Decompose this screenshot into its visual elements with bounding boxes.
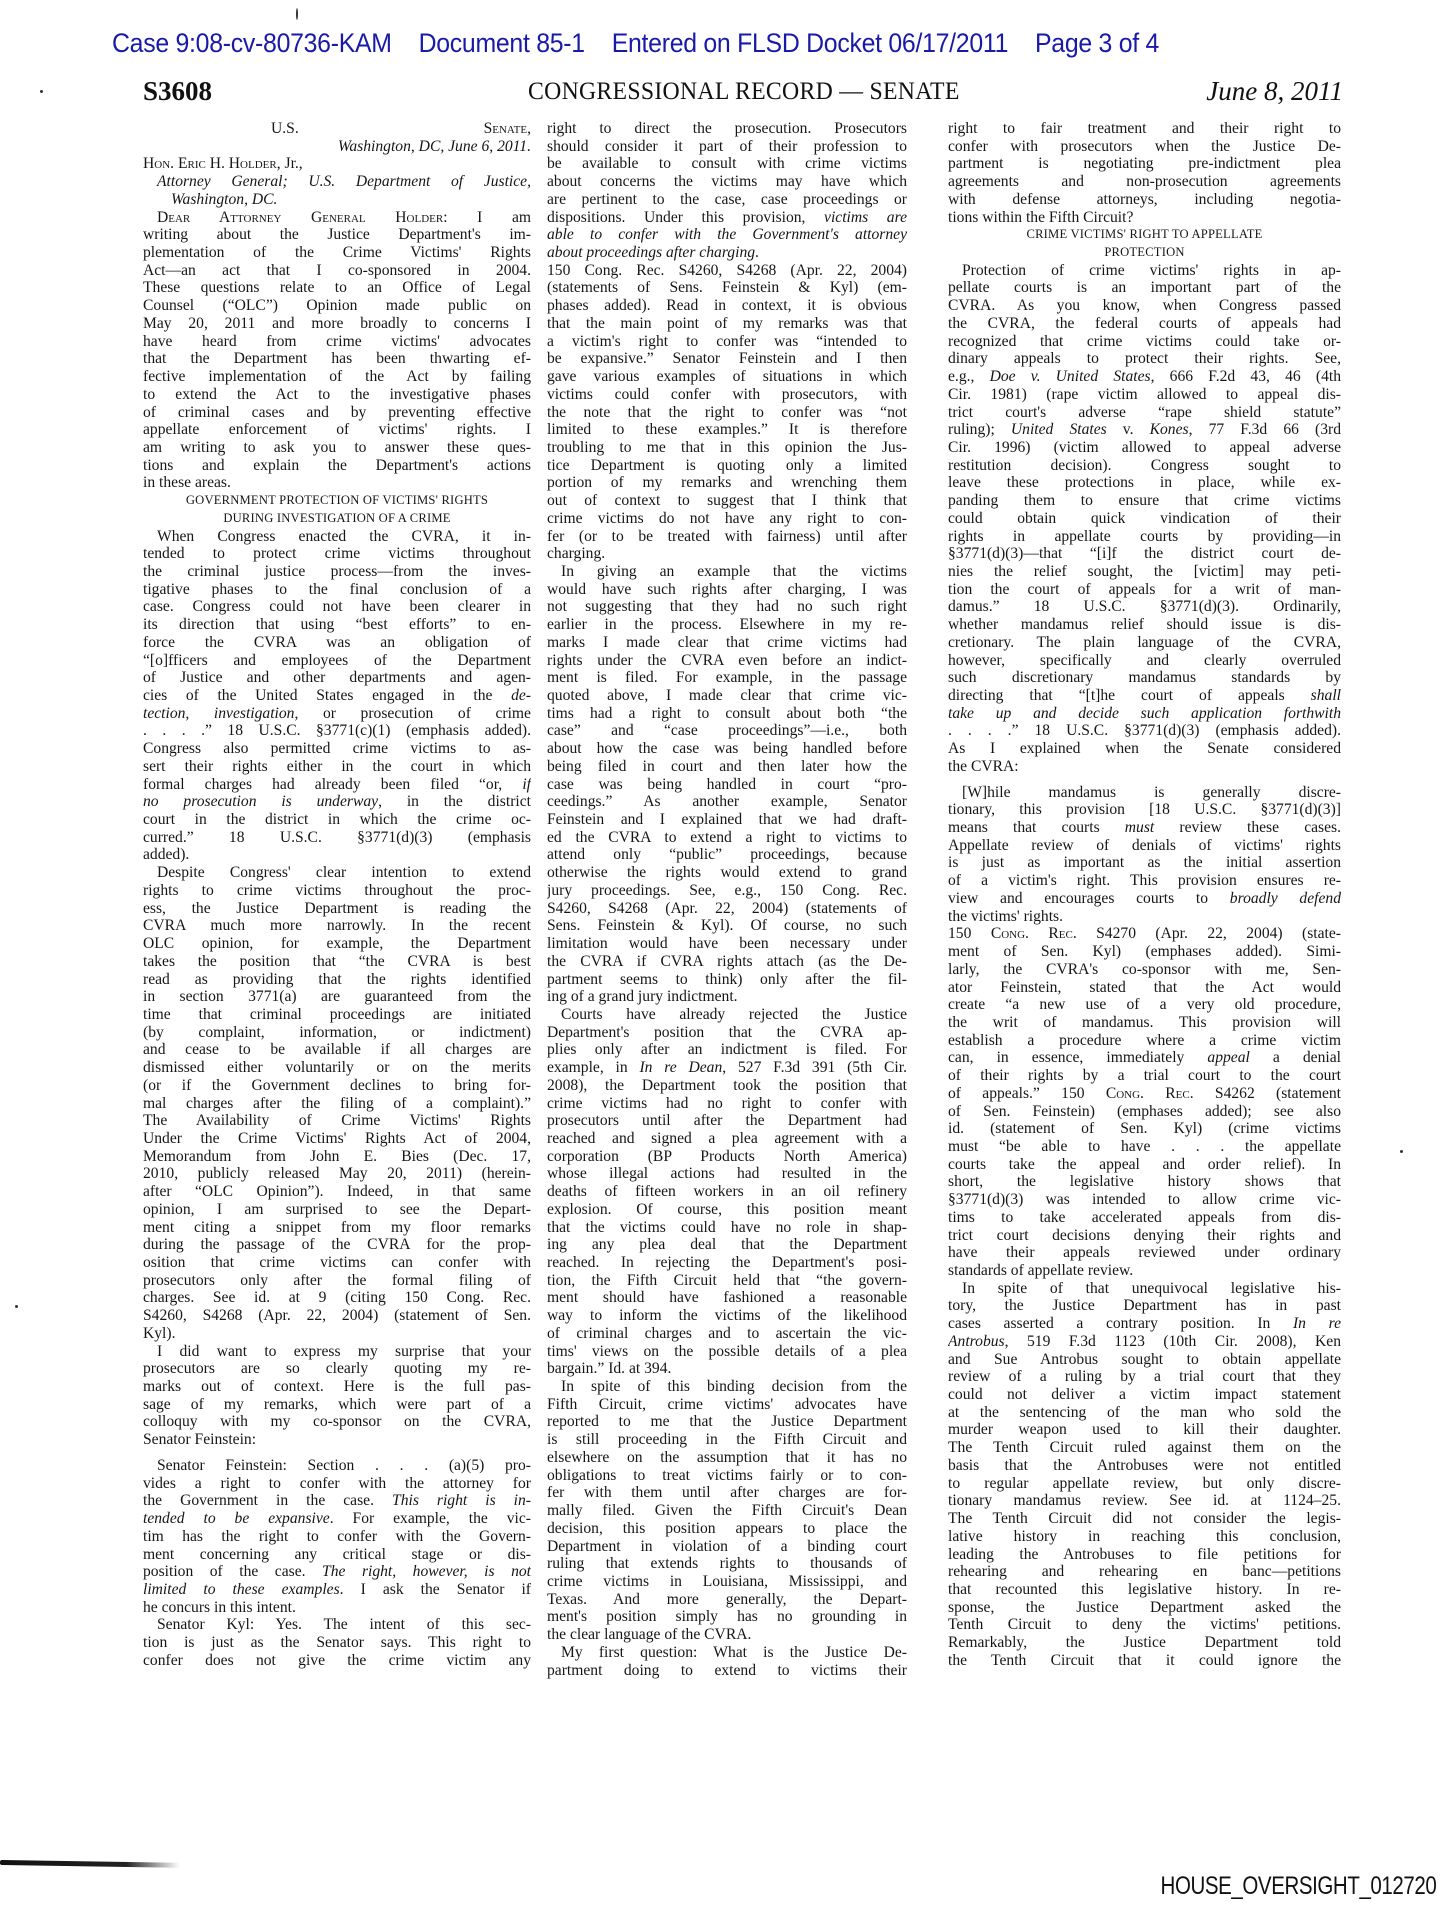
column-left: U.S. Senate,Washington, DC, June 6, 2011… (143, 120, 531, 1670)
case-number: Case 9:08-cv-80736-KAM (112, 28, 392, 58)
text-line: the clear language of the CVRA. (547, 1626, 907, 1644)
text-line: crime victims in Louisiana, Mississippi,… (547, 1573, 907, 1591)
text-line: ment is filed. For example, in the passa… (547, 669, 907, 687)
text-line: position of the case. The right, however… (143, 1563, 531, 1581)
text-line: rights under the CVRA even before an ind… (547, 652, 907, 670)
text-line: force the CVRA was an obligation of (143, 634, 531, 652)
text-line: view and encourages courts to broadly de… (948, 890, 1341, 908)
text-line: Appellate review of denials of victims' … (948, 837, 1341, 855)
text-line: troubling to me that in this opinion the… (547, 439, 907, 457)
text-line: tended to be expansive. For example, the… (143, 1510, 531, 1528)
text-line: larly, the CVRA's co-sponsor with me, Se… (948, 961, 1341, 979)
text-line: can, in essence, immediately appeal a de… (948, 1049, 1341, 1067)
text-line: confer with prosecutors when the Justice… (948, 138, 1341, 156)
text-line: the note that the right to confer was “n… (547, 404, 907, 422)
text-line: writing about the Justice Department's i… (143, 226, 531, 244)
text-line: agreements and non-prosecution agreement… (948, 173, 1341, 191)
text-line: (by complaint, information, or indictmen… (143, 1024, 531, 1042)
text-line: ator Feinstein, stated that the Act woul… (948, 979, 1341, 997)
text-line: Senator Feinstein: (143, 1431, 531, 1449)
text-line: ment of Sen. Kyl) (emphases added). Simi… (948, 943, 1341, 961)
text-line: damus.” 18 U.S.C. §3771(d)(3). Ordinaril… (948, 598, 1341, 616)
text-line: tims' views on the possible details of a… (547, 1343, 907, 1361)
text-line: The Tenth Circuit did not consider the l… (948, 1510, 1341, 1528)
text-line: bargain.” Id. at 394. (547, 1360, 907, 1378)
text-line: is just as important as the initial asse… (948, 854, 1341, 872)
running-head: S3608 CONGRESSIONAL RECORD — SENATE June… (143, 76, 1343, 110)
text-line: U.S. Senate, (143, 120, 531, 138)
text-line: OLC opinion, for example, the Department (143, 935, 531, 953)
text-line: crime victims do not have any right to c… (547, 510, 907, 528)
text-line: leading the Antrobuses to file petitions… (948, 1546, 1341, 1564)
text-line: are pertinent to the case, case proceedi… (547, 191, 907, 209)
text-line: case. Congress could not have been clear… (143, 598, 531, 616)
text-line: Department in violation of a binding cou… (547, 1538, 907, 1556)
text-line: curred.” 18 U.S.C. §3771(d)(3) (emphasis (143, 829, 531, 847)
column-right: right to fair treatment and their right … (948, 120, 1341, 1670)
text-line: (or if the Government declines to bring … (143, 1077, 531, 1095)
text-line: phases added). Read in context, it is ob… (547, 297, 907, 315)
text-line: whose illegal actions had resulted in th… (547, 1165, 907, 1183)
text-line: should consider it part of their profess… (547, 138, 907, 156)
column-middle: right to direct the prosecution. Prosecu… (547, 120, 907, 1679)
text-line: panding them to ensure that crime victim… (948, 492, 1341, 510)
text-line: must “be able to have . . . the appellat… (948, 1138, 1341, 1156)
text-line: quoted above, I made clear that crime vi… (547, 687, 907, 705)
text-line: review of a ruling by a trial court that… (948, 1368, 1341, 1386)
text-line (143, 1449, 531, 1457)
text-line: the writ of mandamus. This provision wil… (948, 1014, 1341, 1032)
text-line: . . . .” 18 U.S.C. §3771(c)(1) (emphasis… (143, 722, 531, 740)
text-line: example, in In re Dean, 527 F.3d 391 (5t… (547, 1059, 907, 1077)
bates-number: HOUSE_OVERSIGHT_012720 (1160, 1872, 1436, 1901)
text-line: ruling that extends rights to thousands … (547, 1555, 907, 1573)
text-line: id. (statement of Sen. Kyl) (crime victi… (948, 1120, 1341, 1138)
text-line: create “a new use of a very old procedur… (948, 996, 1341, 1014)
text-line: corporation (BP Products North America) (547, 1148, 907, 1166)
text-line: would have such rights after charging, I… (547, 581, 907, 599)
text-line: its direction that using “best efforts” … (143, 616, 531, 634)
text-line: could obtain quick vindication of their (948, 510, 1341, 528)
text-line: GOVERNMENT PROTECTION OF VICTIMS' RIGHTS (143, 492, 531, 510)
text-line: marks I made clear that crime victims ha… (547, 634, 907, 652)
text-line: Feinstein and I explained that we had dr… (547, 811, 907, 829)
text-line: case” and “case proceedings”—i.e., both (547, 722, 907, 740)
scan-speck (1400, 1150, 1403, 1153)
text-line: out of context to suggest that I think t… (547, 492, 907, 510)
text-line: May 20, 2011 and more broadly to concern… (143, 315, 531, 333)
text-line: of appeals.” 150 Cong. Rec. S4262 (state… (948, 1085, 1341, 1103)
text-line: Kyl). (143, 1325, 531, 1343)
text-line: standards of appellate review. (948, 1262, 1341, 1280)
text-line: tions and explain the Department's actio… (143, 457, 531, 475)
text-line: Attorney General; U.S. Department of Jus… (143, 173, 531, 191)
text-line: jury proceedings. See, e.g., 150 Cong. R… (547, 882, 907, 900)
text-line: reached. In rejecting the Department's p… (547, 1254, 907, 1272)
text-line (948, 776, 1341, 784)
text-line: colloquy with my co-sponsor on the CVRA, (143, 1413, 531, 1431)
text-line: lative history in reaching this conclusi… (948, 1528, 1341, 1546)
text-line: a victim's right to confer was “intended… (547, 333, 907, 351)
text-line: he concurs in this intent. (143, 1599, 531, 1617)
text-line: vides a right to confer with the attorne… (143, 1475, 531, 1493)
text-line: S4260, S4268 (Apr. 22, 2004) (statements… (547, 900, 907, 918)
text-line: §3771(d)(3) was intended to allow crime … (948, 1191, 1341, 1209)
text-line: that the main point of my remarks was th… (547, 315, 907, 333)
text-line: leave these protections in place, while … (948, 474, 1341, 492)
text-line: tection, investigation, or prosecution o… (143, 705, 531, 723)
text-line: Fifth Circuit, crime victims' advocates … (547, 1396, 907, 1414)
text-line: Hon. Eric H. Holder, Jr., (143, 155, 531, 173)
text-line: rehearing and rehearing en banc—petition… (948, 1563, 1341, 1581)
text-line: cases asserted a contrary position. In I… (948, 1315, 1341, 1333)
scan-speck (15, 1305, 18, 1308)
text-line: of criminal charges and to ascertain the… (547, 1325, 907, 1343)
text-line: DURING INVESTIGATION OF A CRIME (143, 510, 531, 528)
text-line: the Government in the case. This right i… (143, 1492, 531, 1510)
text-line: tion is just as the Senator says. This r… (143, 1634, 531, 1652)
text-line: plies only after an indictment is filed.… (547, 1041, 907, 1059)
text-line: ment's position simply has no grounding … (547, 1608, 907, 1626)
text-line: am writing to ask you to answer these qu… (143, 439, 531, 457)
text-line: gave various examples of situations in w… (547, 368, 907, 386)
text-line: victims could confer with prosecutors, w… (547, 386, 907, 404)
text-line: that recounted this legislative history.… (948, 1581, 1341, 1599)
text-line: In spite of this binding decision from t… (547, 1378, 907, 1396)
text-line: Cir. 1996) (victim allowed to appeal adv… (948, 439, 1341, 457)
scan-speck (40, 90, 43, 93)
text-line: trict court's adverse “rape shield statu… (948, 404, 1341, 422)
text-line: in section 3771(a) are guaranteed from t… (143, 988, 531, 1006)
text-line: ruling); United States v. Kones, 77 F.3d… (948, 421, 1341, 439)
text-line: osition that crime victims can confer wi… (143, 1254, 531, 1272)
journal-title: CONGRESSIONAL RECORD — SENATE (528, 78, 960, 106)
text-line: Protection of crime victims' rights in a… (948, 262, 1341, 280)
text-line: marks out of context. Here is the full p… (143, 1378, 531, 1396)
text-line: tionary, this provision [18 U.S.C. §3771… (948, 801, 1341, 819)
text-line: of Sen. Feinstein) (emphases added); see… (948, 1103, 1341, 1121)
text-line: takes the position that “the CVRA is bes… (143, 953, 531, 971)
text-line: to extend the Act to the investigative p… (143, 386, 531, 404)
text-line: Texas. And more generally, the Depart- (547, 1591, 907, 1609)
text-line: ing of a grand jury indictment. (547, 988, 907, 1006)
text-line: murder weapon used to kill their daughte… (948, 1421, 1341, 1439)
text-line: tigative phases to the final conclusion … (143, 581, 531, 599)
text-line: sert their rights either in the court in… (143, 758, 531, 776)
text-line: tion the court of appeals for a writ of … (948, 581, 1341, 599)
text-line: the CVRA if CVRA rights attach (as the D… (547, 953, 907, 971)
text-line: elsewhere on the assumption that it has … (547, 1449, 907, 1467)
text-line: have heard from crime victims' advocates (143, 333, 531, 351)
text-line: limitation would have been necessary und… (547, 935, 907, 953)
text-line: about proceedings after charging. (547, 244, 907, 262)
court-filing-stamp: Case 9:08-cv-80736-KAM Document 85-1 Ent… (112, 28, 1253, 59)
text-line: Congress also permitted crime victims to… (143, 740, 531, 758)
text-line: S4260, S4268 (Apr. 22, 2004) (statement … (143, 1307, 531, 1325)
text-line: that the Department has been thwarting e… (143, 350, 531, 368)
text-line: nies the relief sought, the [victim] may… (948, 563, 1341, 581)
text-line: tory, the Justice Department has in past (948, 1297, 1341, 1315)
text-line: the Tenth Circuit that it could ignore t… (948, 1652, 1341, 1670)
text-line: during the passage of the CVRA for the p… (143, 1236, 531, 1254)
text-line: of Justice and other departments and age… (143, 669, 531, 687)
text-line: limited to these examples. I ask the Sen… (143, 1581, 531, 1599)
text-line: ess, the Justice Department is reading t… (143, 900, 531, 918)
text-line: is still proceeding in the Fifth Circuit… (547, 1431, 907, 1449)
text-line: recognized that crime victims could take… (948, 333, 1341, 351)
text-line: limited to these examples.” It is theref… (547, 421, 907, 439)
text-line: 2008), the Department took the position … (547, 1077, 907, 1095)
text-line: ing any plea deal that the Department (547, 1236, 907, 1254)
text-line: partment is negotiating pre-indictment p… (948, 155, 1341, 173)
text-line: case was being handled in court “pro- (547, 776, 907, 794)
text-line: not suggesting that they had no such rig… (547, 598, 907, 616)
text-line: cies of the United States engaged in the… (143, 687, 531, 705)
text-line: decision, this position appears to place… (547, 1520, 907, 1538)
text-line: could not deliver a victim impact statem… (948, 1386, 1341, 1404)
text-line: Washington, DC. (143, 191, 531, 209)
text-line: Act—an act that I co-sponsored in 2004. (143, 262, 531, 280)
text-line: prosecutors are so clearly quoting my re… (143, 1360, 531, 1378)
text-line: whether mandamus relief should issue is … (948, 616, 1341, 634)
scan-artifact-line (0, 1860, 180, 1868)
text-line: ceedings.” As another example, Senator (547, 793, 907, 811)
text-line: the CVRA: (948, 758, 1341, 776)
text-line: plementation of the Crime Victims' Right… (143, 244, 531, 262)
text-line: tice Department is quoting only a limite… (547, 457, 907, 475)
text-line: charging. (547, 545, 907, 563)
text-line: about concerns the victims may have whic… (547, 173, 907, 191)
text-line: tions within the Fifth Circuit? (948, 209, 1341, 227)
document-number: Document 85-1 (419, 28, 585, 58)
text-line: ment citing a snippet from my floor rema… (143, 1219, 531, 1237)
text-line: §3771(d)(3)—that “[i]f the district cour… (948, 545, 1341, 563)
text-line: Senator Kyl: Yes. The intent of this sec… (143, 1616, 531, 1634)
text-line: CVRA much more narrowly. In the recent (143, 917, 531, 935)
text-line: 150 Cong. Rec. S4270 (Apr. 22, 2004) (st… (948, 925, 1341, 943)
text-line: reported to me that the Justice Departme… (547, 1413, 907, 1431)
text-line: obligations to treat victims fairly or t… (547, 1467, 907, 1485)
text-line: ed the CVRA to extend a right to victims… (547, 829, 907, 847)
text-line: reached and signed a plea agreement with… (547, 1130, 907, 1148)
text-line: with defense attorneys, including negoti… (948, 191, 1341, 209)
text-line: pellate courts is an important part of t… (948, 279, 1341, 297)
text-line: ment concerning any critical stage or di… (143, 1546, 531, 1564)
text-line: Courts have already rejected the Justice (547, 1006, 907, 1024)
text-line: and Sue Antrobus sought to obtain appell… (948, 1351, 1341, 1369)
text-line: The Availability of Crime Victims' Right… (143, 1112, 531, 1130)
text-line: Tenth Circuit to deny the victims' petit… (948, 1616, 1341, 1634)
text-line: portion of my remarks and wrenching them (547, 474, 907, 492)
text-line: right to fair treatment and their right … (948, 120, 1341, 138)
page-count: Page 3 of 4 (1035, 28, 1159, 58)
text-line: prosecutors only after the formal filing… (143, 1272, 531, 1290)
text-line: at the sentencing of the man who sold th… (948, 1404, 1341, 1422)
text-line: tims had a right to consult about both “… (547, 705, 907, 723)
text-line: explosion. Of course, this position mean… (547, 1201, 907, 1219)
text-line: When Congress enacted the CVRA, it in- (143, 528, 531, 546)
text-line: tim has the right to confer with the Gov… (143, 1528, 531, 1546)
text-line: means that courts must review these case… (948, 819, 1341, 837)
text-line: establish a procedure where a crime vict… (948, 1032, 1341, 1050)
text-line: no prosecution is underway, in the distr… (143, 793, 531, 811)
text-line: mally filed. Given the Fifth Circuit's D… (547, 1502, 907, 1520)
text-line: tionary mandamus review. See id. at 1124… (948, 1492, 1341, 1510)
text-line: restitution decision). Congress sought t… (948, 457, 1341, 475)
text-line: Under the Crime Victims' Rights Act of 2… (143, 1130, 531, 1148)
text-line: These questions relate to an Office of L… (143, 279, 531, 297)
text-line: Despite Congress' clear intention to ext… (143, 864, 531, 882)
text-line: partment doing to extend to victims thei… (547, 1662, 907, 1680)
text-line: rights in appellate courts by providing—… (948, 528, 1341, 546)
text-line: 2010, publicly released May 20, 2011) (h… (143, 1165, 531, 1183)
text-line: time that criminal proceedings are initi… (143, 1006, 531, 1024)
text-line: sponse, the Justice Department asked the (948, 1599, 1341, 1617)
text-line: rights to crime victims throughout the p… (143, 882, 531, 900)
text-line: tion, the Fifth Circuit held that “the g… (547, 1272, 907, 1290)
text-line: “[o]fficers and employees of the Departm… (143, 652, 531, 670)
text-line: dismissed either voluntarily or on the m… (143, 1059, 531, 1077)
text-line: Memorandum from John E. Bies (Dec. 17, (143, 1148, 531, 1166)
text-line: PROTECTION (948, 244, 1341, 262)
text-line: My first question: What is the Justice D… (547, 1644, 907, 1662)
text-line: CRIME VICTIMS' RIGHT TO APPELLATE (948, 226, 1341, 244)
text-line: to regular appellate review, but only di… (948, 1475, 1341, 1493)
text-line: The Tenth Circuit ruled against them on … (948, 1439, 1341, 1457)
text-line: Cir. 1981) (rape victim allowed to appea… (948, 386, 1341, 404)
text-line: attend only “public” proceedings, becaus… (547, 846, 907, 864)
text-line: basis that the Antrobuses were not entit… (948, 1457, 1341, 1475)
text-line: read as providing that the rights identi… (143, 971, 531, 989)
text-line: after “OLC Opinion”). Indeed, in that sa… (143, 1183, 531, 1201)
text-line: Sens. Feinstein & Kyl). Of course, no su… (547, 917, 907, 935)
text-line: sage of my remarks, which were part of a (143, 1396, 531, 1414)
text-line: charges. See id. at 9 (citing 150 Cong. … (143, 1289, 531, 1307)
text-line: take up and decide such application fort… (948, 705, 1341, 723)
text-line: the victims' rights. (948, 908, 1341, 926)
text-line: appellate enforcement of victims' rights… (143, 421, 531, 439)
text-line: (statements of Sens. Feinstein & Kyl) (e… (547, 279, 907, 297)
text-line: such discretionary mandamus standards by (948, 669, 1341, 687)
text-line: Senator Feinstein: Section . . . (a)(5) … (143, 1457, 531, 1475)
text-line: . . . .” 18 U.S.C. §3771(d)(3) (emphasis… (948, 722, 1341, 740)
text-line: Remarkably, the Justice Department told (948, 1634, 1341, 1652)
text-line: crime victims had no right to confer wit… (547, 1095, 907, 1113)
text-line: way to inform the victims of the likelih… (547, 1307, 907, 1325)
docket-entry: Entered on FLSD Docket 06/17/2011 (612, 28, 1008, 58)
text-line: earlier in the process. Elsewhere in my … (547, 616, 907, 634)
text-line: I did want to express my surprise that y… (143, 1343, 531, 1361)
record-page-number: S3608 (143, 76, 212, 107)
text-line: otherwise the rights would extend to gra… (547, 864, 907, 882)
text-line: being filed in court and then later how … (547, 758, 907, 776)
text-line: and cease to be available if all charges… (143, 1041, 531, 1059)
text-line: right to direct the prosecution. Prosecu… (547, 120, 907, 138)
text-line: CVRA. As you know, when Congress passed (948, 297, 1341, 315)
text-line: cretionary. The plain language of the CV… (948, 634, 1341, 652)
text-line: ment should have fashioned a reasonable (547, 1289, 907, 1307)
text-line: the CVRA, the federal courts of appeals … (948, 315, 1341, 333)
text-line: short, the legislative history shows tha… (948, 1173, 1341, 1191)
text-line: able to confer with the Government's att… (547, 226, 907, 244)
record-date: June 8, 2011 (1206, 76, 1343, 107)
text-line: e.g., Doe v. United States, 666 F.2d 43,… (948, 368, 1341, 386)
text-line: partment seems to think) only after the … (547, 971, 907, 989)
text-line: have their appeals reviewed under ordina… (948, 1244, 1341, 1262)
text-line: Washington, DC, June 6, 2011. (143, 138, 531, 156)
text-line: fer (or to be treated with fairness) unt… (547, 528, 907, 546)
text-line: added). (143, 846, 531, 864)
text-line: be expansive.” Senator Feinstein and I t… (547, 350, 907, 368)
text-line: mal charges after the filing of a compla… (143, 1095, 531, 1113)
text-line: dispositions. Under this provision, vict… (547, 209, 907, 227)
text-line: Counsel (“OLC”) Opinion made public on (143, 297, 531, 315)
text-line: opinion, I am surprised to see the Depar… (143, 1201, 531, 1219)
text-line: courts take the appeal and order relief)… (948, 1156, 1341, 1174)
text-line: prosecutors until after the Department h… (547, 1112, 907, 1130)
text-line: fer with them until after charges are fo… (547, 1484, 907, 1502)
text-line: Department's position that the CVRA ap- (547, 1024, 907, 1042)
text-line: dinary appeals to protect their rights. … (948, 350, 1341, 368)
text-line: [W]hile mandamus is generally discre- (948, 784, 1341, 802)
text-line: Dear Attorney General Holder: I am (143, 209, 531, 227)
text-line: court in the district in which the crime… (143, 811, 531, 829)
text-line: however, specifically and clearly overru… (948, 652, 1341, 670)
text-line: of a victim's right. This provision ensu… (948, 872, 1341, 890)
text-line: be available to consult with crime victi… (547, 155, 907, 173)
text-line: In spite of that unequivocal legislative… (948, 1280, 1341, 1298)
text-line: directing that “[t]he court of appeals s… (948, 687, 1341, 705)
text-line: confer does not give the crime victim an… (143, 1652, 531, 1670)
text-line: 150 Cong. Rec. S4260, S4268 (Apr. 22, 20… (547, 262, 907, 280)
text-line: fective implementation of the Act by fai… (143, 368, 531, 386)
text-line: of criminal cases and by preventing effe… (143, 404, 531, 422)
text-line: about how the case was being handled bef… (547, 740, 907, 758)
text-line: As I explained when the Senate considere… (948, 740, 1341, 758)
text-line: in these areas. (143, 474, 531, 492)
text-line: the criminal justice process—from the in… (143, 563, 531, 581)
text-line: tims to take accelerated appeals from di… (948, 1209, 1341, 1227)
text-line: deaths of fifteen workers in an oil refi… (547, 1183, 907, 1201)
text-line: formal charges had already been filed “o… (143, 776, 531, 794)
scan-speck (296, 8, 298, 20)
text-line: of their rights by a trial court to the … (948, 1067, 1341, 1085)
text-line: that the victims could have no role in s… (547, 1219, 907, 1237)
text-line: trict court decisions denying their righ… (948, 1227, 1341, 1245)
text-line: Antrobus, 519 F.3d 1123 (10th Cir. 2008)… (948, 1333, 1341, 1351)
text-line: In giving an example that the victims (547, 563, 907, 581)
text-line: tended to protect crime victims througho… (143, 545, 531, 563)
